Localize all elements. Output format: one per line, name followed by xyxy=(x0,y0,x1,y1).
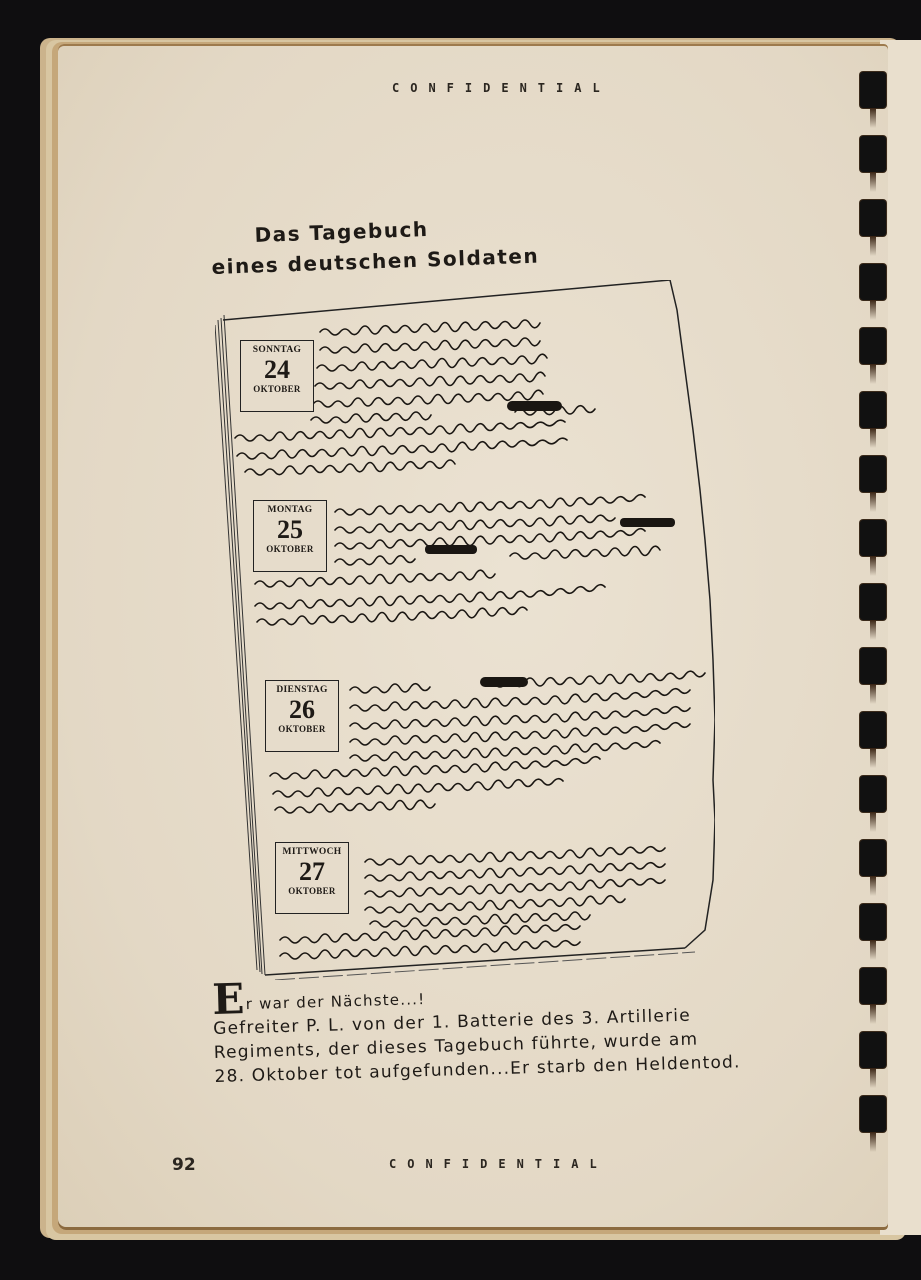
binding-ring xyxy=(860,840,886,876)
binding-ring xyxy=(860,136,886,172)
binding-ring xyxy=(860,648,886,684)
binding-ring xyxy=(860,584,886,620)
binding-ring xyxy=(860,1096,886,1132)
binding-ring xyxy=(860,1032,886,1068)
footer-confidential: CONFIDENTIAL xyxy=(389,1157,608,1171)
binding-ring xyxy=(860,456,886,492)
binding-ring xyxy=(860,776,886,812)
date-box-25: MONTAG 25 OKTOBER xyxy=(253,500,327,572)
caption-paragraph: Er war der Nächste...! Gefreiter P. L. v… xyxy=(212,970,735,1088)
binding-ring xyxy=(860,712,886,748)
diary-illustration: SONNTAG 24 OKTOBER MONTAG 25 OKTOBER DIE… xyxy=(215,280,715,980)
date-box-27: MITTWOCH 27 OKTOBER xyxy=(275,842,349,914)
binding-ring xyxy=(860,904,886,940)
binding-ring xyxy=(860,72,886,108)
binding-ring xyxy=(860,968,886,1004)
binding-ring xyxy=(860,520,886,556)
date-box-26: DIENSTAG 26 OKTOBER xyxy=(265,680,339,752)
binding-ring xyxy=(860,328,886,364)
binding-ring xyxy=(860,392,886,428)
page-number: 92 xyxy=(172,1155,196,1175)
binding-ring xyxy=(860,200,886,236)
binding-ring xyxy=(860,264,886,300)
caption-line-1: r war der Nächste...! xyxy=(246,990,426,1013)
date-box-24: SONNTAG 24 OKTOBER xyxy=(240,340,314,412)
header-confidential: CONFIDENTIAL xyxy=(392,81,611,95)
